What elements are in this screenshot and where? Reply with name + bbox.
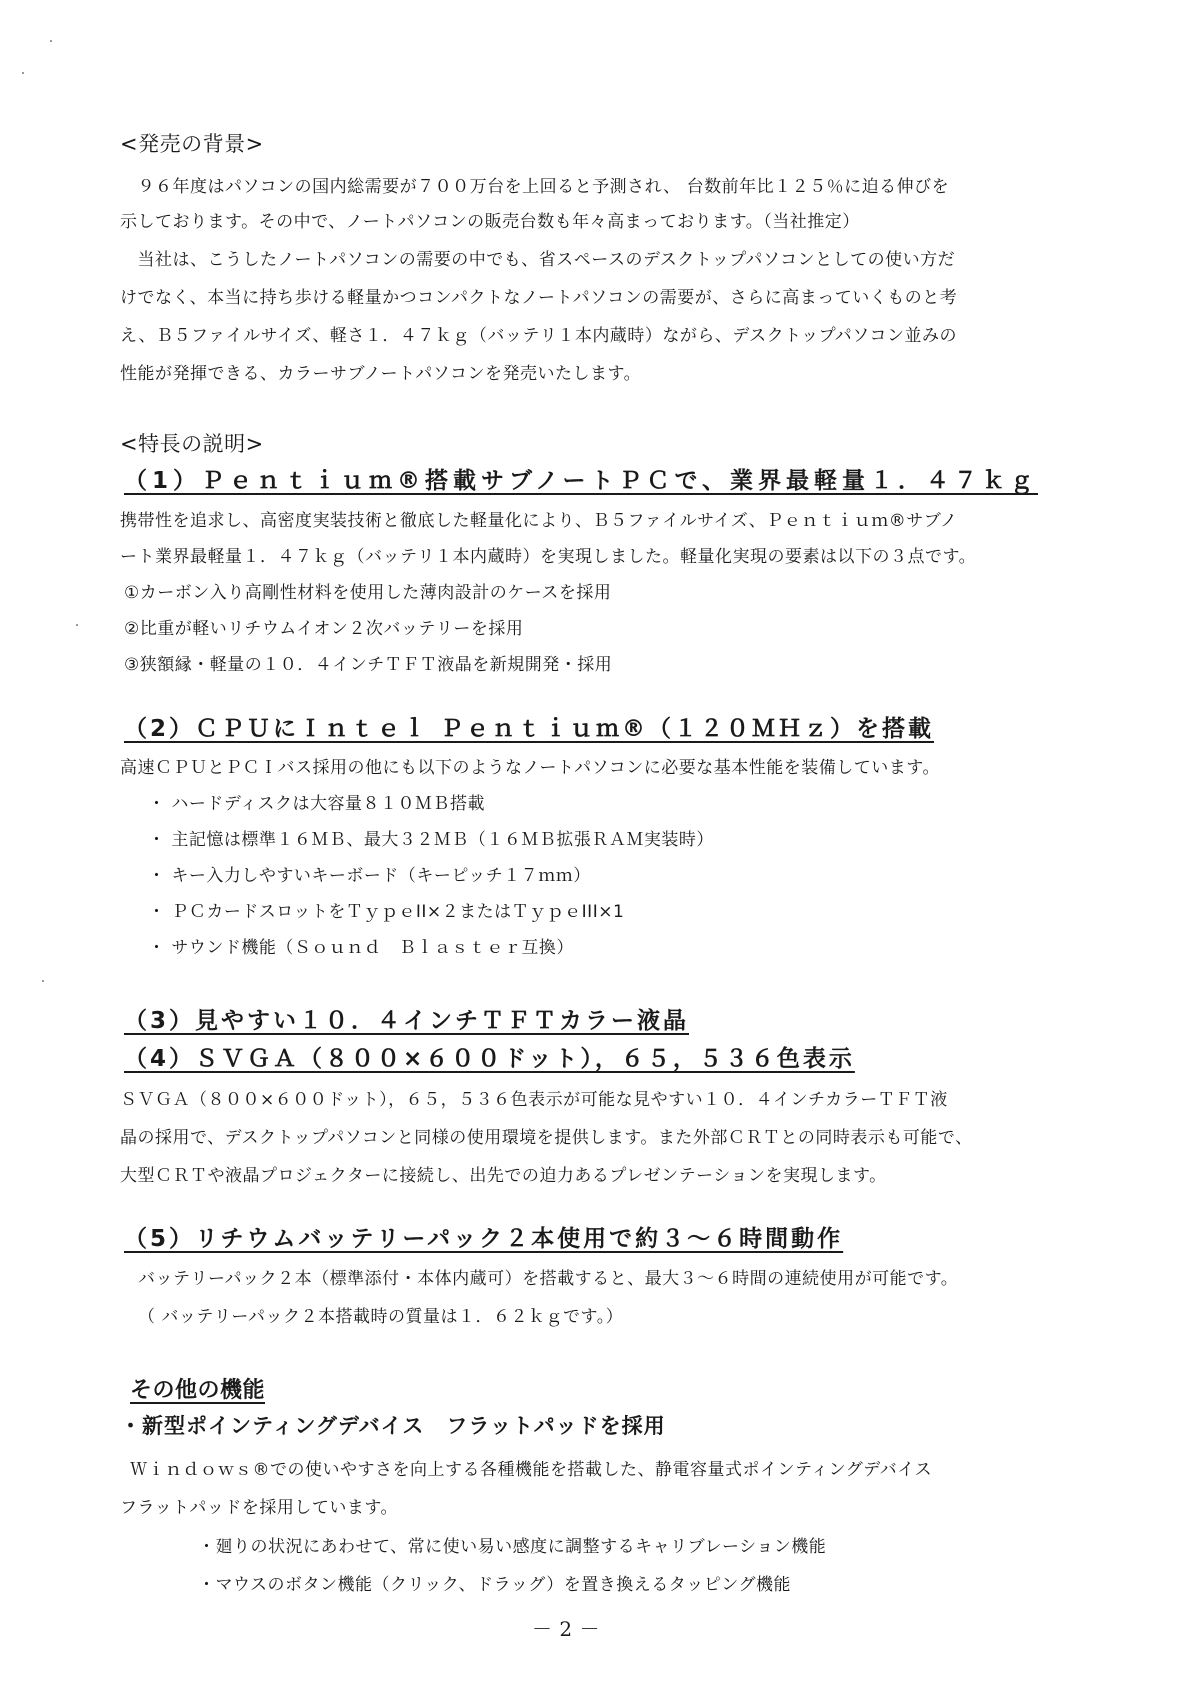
scan-speck: [42, 980, 44, 982]
other-features-heading: その他の機能: [130, 1373, 265, 1404]
feature-4-line: 晶の採用で、デスクトップパソコンと同様の使用環境を提供します。また外部ＣＲＴとの…: [120, 1123, 973, 1148]
feature-2-item: ・ サウンド機能（Ｓｏｕｎｄ Ｂｌａｓｔｅｒ互換）: [148, 933, 574, 958]
feature-1-item: ②比重が軽いリチウムイオン２次バッテリーを採用: [124, 614, 523, 639]
feature-5-line: バッテリーパック２本（標準添付・本体内蔵可）を搭載すると、最大３～６時間の連続使…: [138, 1264, 958, 1289]
background-paragraph-line: 当社は、こうしたノートパソコンの需要の中でも、省スペースのデスクトップパソコンと…: [120, 245, 955, 270]
feature-5-title: （5）リチウムバッテリーパック２本使用で約３～６時間動作: [124, 1220, 843, 1253]
feature-1-line: 携帯性を追求し、高密度実装技術と徹底した軽量化により、Ｂ５ファイルサイズ、Ｐｅｎ…: [120, 506, 957, 531]
other-features-line: フラットパッドを採用しています。: [120, 1493, 398, 1518]
other-features-line: Ｗｉｎｄｏｗｓ®での使いやすさを向上する各種機能を搭載した、静電容量式ポインティ…: [130, 1455, 932, 1480]
feature-4-line: ＳＶＧＡ（８００×６００ドット），６５，５３６色表示が可能な見やすい１０．４イン…: [120, 1085, 948, 1110]
feature-3-title: （3）見やすい１０．４インチＴＦＴカラー液晶: [124, 1002, 689, 1035]
feature-2-title: （2）ＣＰＵにＩｎｔｅｌ Ｐｅｎｔｉｕｍ®（１２０ＭＨｚ）を搭載: [124, 710, 934, 743]
features-heading: <特長の説明>: [120, 428, 264, 458]
feature-1-item: ③狭額縁・軽量の１０．４インチＴＦＴ液晶を新規開発・採用: [124, 650, 612, 675]
page-number: － 2 －: [532, 1613, 600, 1642]
feature-4-title: （4）ＳＶＧＡ（８００×６００ドット），６５，５３６色表示: [124, 1040, 855, 1073]
feature-1-title: （1）Ｐｅｎｔｉｕｍ®搭載サブノートＰＣで、業界最軽量１．４７ｋｇ: [124, 462, 1038, 495]
feature-2-item: ・ キー入力しやすいキーボード（キーピッチ１７ｍｍ）: [148, 861, 591, 886]
scan-speck: [22, 72, 24, 74]
background-paragraph-line: 性能が発揮できる、カラーサブノートパソコンを発売いたします。: [120, 359, 641, 384]
feature-2-item: ・ ハードディスクは大容量８１０ＭＢ搭載: [148, 789, 485, 814]
other-features-subheading: ・新型ポインティングデバイス フラットパッドを採用: [120, 1410, 666, 1440]
feature-2-intro: 高速ＣＰＵとＰＣＩバス採用の他にも以下のようなノートパソコンに必要な基本性能を装…: [120, 753, 940, 778]
feature-1-item: ①カーボン入り高剛性材料を使用した薄肉設計のケースを採用: [124, 578, 611, 603]
background-paragraph-line: え、Ｂ５ファイルサイズ、軽さ１．４７ｋｇ（バッテリ１本内蔵時）ながら、デスクトッ…: [120, 321, 957, 346]
feature-2-item: ・ ＰＣカードスロットをＴｙｐｅII×２またはＴｙｐｅIII×1: [148, 897, 624, 922]
feature-2-item: ・ 主記憶は標準１６ＭＢ、最大３２ＭＢ（１６ＭＢ拡張ＲＡＭ実装時）: [148, 825, 714, 850]
background-heading: <発売の背景>: [120, 128, 264, 158]
scan-speck: [50, 40, 52, 42]
background-paragraph-line: 示しております。その中で、ノートパソコンの販売台数も年々高まっております。（当社…: [120, 207, 860, 232]
feature-4-line: 大型ＣＲＴや液晶プロジェクターに接続し、出先での迫力あるプレゼンテーションを実現…: [120, 1161, 887, 1186]
feature-1-line: ート業界最軽量１．４７ｋｇ（バッテリ１本内蔵時）を実現しました。軽量化実現の要素…: [120, 542, 976, 567]
feature-5-line: （ バッテリーパック２本搭載時の質量は１．６２ｋｇです。）: [138, 1302, 623, 1327]
scan-speck: [76, 624, 78, 626]
other-features-item: ・マウスのボタン機能（クリック、ドラッグ）を置き換えるタッピング機能: [198, 1570, 791, 1595]
background-paragraph-line: けでなく、本当に持ち歩ける軽量かつコンパクトなノートパソコンの需要が、さらに高ま…: [120, 283, 957, 308]
other-features-item: ・廻りの状況にあわせて、常に使い易い感度に調整するキャリブレーション機能: [198, 1532, 826, 1557]
background-paragraph-line: ９６年度はパソコンの国内総需要が７００万台を上回ると予測され、 台数前年比１２５…: [120, 172, 949, 197]
